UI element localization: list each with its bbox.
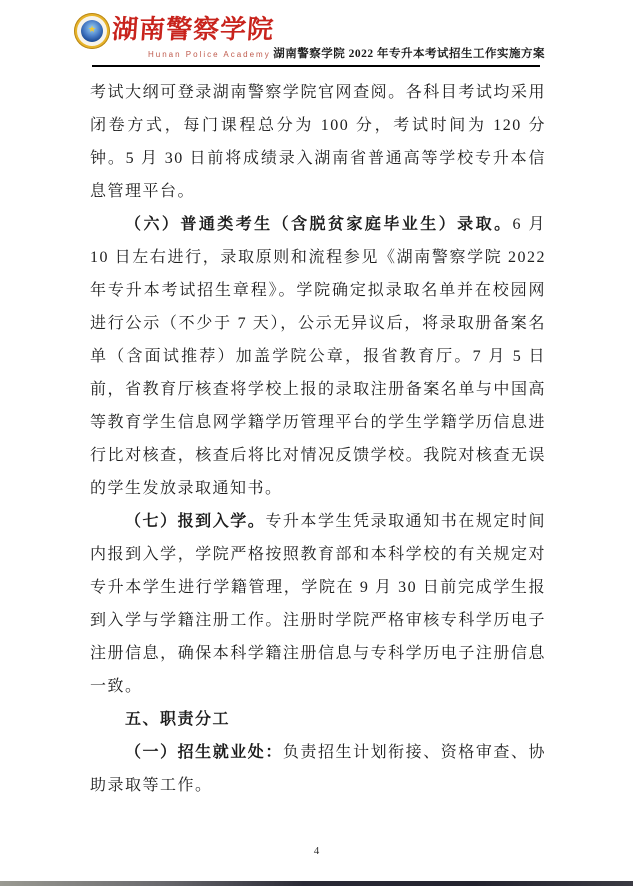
document-page: 湖南警察学院 Hunan Police Academy 湖南警察学院 2022 … <box>0 0 633 886</box>
text-run-bold: （一）招生就业处： <box>125 744 283 761</box>
document-header-title: 湖南警察学院 2022 年专升本考试招生工作实施方案 <box>273 45 545 61</box>
text-run-bold: （七）报到入学。 <box>125 513 265 530</box>
paragraph: （六）普通类考生（含脱贫家庭毕业生）录取。6 月 10 日左右进行，录取原则和流… <box>90 208 546 505</box>
paragraph: 考试大纲可登录湖南警察学院官网查阅。各科目考试均采用闭卷方式，每门课程总分为 1… <box>90 76 546 208</box>
text-run: 专升本学生凭录取通知书在规定时间内报到入学，学院严格按照教育部和本科学校的有关规… <box>90 513 546 695</box>
page-header: 湖南警察学院 Hunan Police Academy 湖南警察学院 2022 … <box>0 0 633 68</box>
viewport-bottom-edge <box>0 881 633 886</box>
text-run-bold: 五、职责分工 <box>125 711 230 728</box>
header-divider <box>92 65 540 67</box>
school-emblem-icon <box>74 13 110 49</box>
document-body: 考试大纲可登录湖南警察学院官网查阅。各科目考试均采用闭卷方式，每门课程总分为 1… <box>90 76 546 802</box>
school-name-calligraphy: 湖南警察学院 <box>111 15 275 45</box>
page-number: 4 <box>0 845 633 857</box>
text-run: 考试大纲可登录湖南警察学院官网查阅。各科目考试均采用闭卷方式，每门课程总分为 1… <box>90 84 546 200</box>
emblem-globe <box>81 20 103 42</box>
paragraph: 五、职责分工 <box>90 703 546 736</box>
text-run-bold: （六）普通类考生（含脱贫家庭毕业生）录取。 <box>125 216 513 233</box>
paragraph: （七）报到入学。专升本学生凭录取通知书在规定时间内报到入学，学院严格按照教育部和… <box>90 505 546 703</box>
school-name-english: Hunan Police Academy <box>148 50 271 59</box>
text-run: 6 月 10 日左右进行，录取原则和流程参见《湖南警察学院 2022 年专升本考… <box>90 216 546 497</box>
paragraph: （一）招生就业处：负责招生计划衔接、资格审查、协助录取等工作。 <box>90 736 546 802</box>
